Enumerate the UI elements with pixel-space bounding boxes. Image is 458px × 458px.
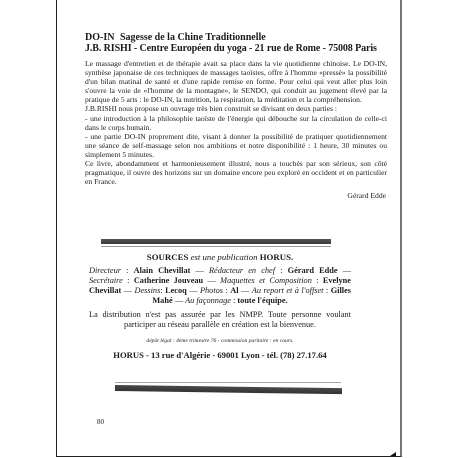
review-title-left: DO-IN: [85, 32, 114, 43]
book-review: DO-IN Sagesse de la Chine Traditionnelle…: [85, 32, 387, 200]
credit-role: Photos: [200, 286, 223, 295]
corner-mark-icon: [390, 452, 396, 456]
review-paragraph: - une partie DO-IN proprement dite, visa…: [85, 132, 387, 159]
distribution-note: La distribution n'est pas assurée par le…: [89, 310, 351, 330]
credit-role: Au report et à l'offset: [252, 286, 324, 295]
credit-name: Gérard Edde: [288, 266, 338, 275]
page-number: 80: [97, 418, 104, 426]
legal-notice: dépôt légal : 4ème trimestre 76 - commis…: [89, 336, 351, 346]
divider-bar-bottom: [115, 385, 342, 394]
review-body: Le massage d'entretien et de thérapie av…: [85, 59, 387, 186]
credit-name: Lecoq: [165, 286, 187, 295]
document-page: DO-IN Sagesse de la Chine Traditionnelle…: [56, 0, 402, 457]
publisher-name: HORUS.: [260, 252, 293, 262]
credit-role: Secrétaire: [89, 276, 123, 285]
review-subtitle: J.B. RISHI - Centre Européen du yoga - 2…: [85, 43, 387, 54]
publication-name: SOURCES: [147, 252, 189, 262]
divider-line-bottom: [115, 382, 341, 383]
credit-role: Dessins: [134, 286, 160, 295]
review-title: DO-IN Sagesse de la Chine Traditionnelle: [85, 32, 387, 43]
credit-name: Alain Chevillat: [134, 266, 191, 275]
credit-role: Rédacteur en chef: [209, 266, 275, 275]
review-title-right: Sagesse de la Chine Traditionnelle: [120, 32, 266, 43]
publisher-address: HORUS - 13 rue d'Algérie - 69001 Lyon - …: [89, 350, 351, 360]
review-paragraph: Ce livre, abondamment et harmonieusement…: [85, 159, 387, 186]
credit-name: Catherine Jouveau: [134, 276, 203, 285]
colophon: SOURCES est une publication HORUS. Direc…: [89, 252, 351, 360]
publication-title: SOURCES est une publication HORUS.: [89, 252, 351, 262]
credit-role: Maquettes et Composition: [220, 276, 312, 285]
review-paragraph: J.B.RISHI nous propose un ouvrage très b…: [85, 104, 387, 113]
credit-name: toute l'équipe.: [237, 296, 287, 305]
review-paragraph: Le massage d'entretien et de thérapie av…: [85, 59, 387, 104]
divider-bar-top: [101, 239, 331, 244]
credits: Directeur : Alain Chevillat — Rédacteur …: [89, 266, 351, 306]
credit-name: Al: [230, 286, 238, 295]
review-signature: Gérard Edde: [85, 191, 387, 200]
credit-role: Au façonnage: [185, 296, 231, 305]
divider-line-top: [101, 246, 331, 247]
review-paragraph: - une introduction à la philosophie taoï…: [85, 114, 387, 132]
credit-role: Directeur: [89, 266, 121, 275]
publication-phrase: est une publication: [191, 252, 258, 262]
